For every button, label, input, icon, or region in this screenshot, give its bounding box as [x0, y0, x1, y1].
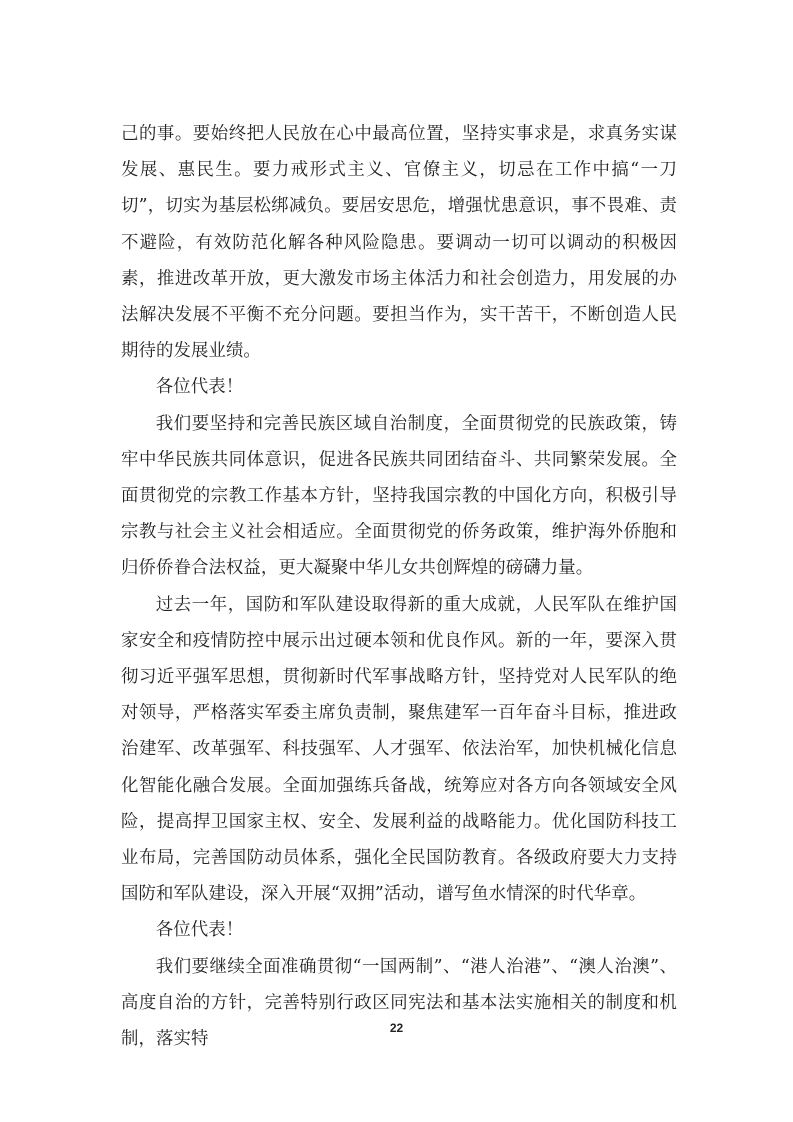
paragraph-salutation: 各位代表！: [121, 369, 677, 405]
paragraph-continuation: 己的事。要始终把人民放在心中最高位置，坚持实事求是，求真务实谋发展、惠民生。要力…: [121, 116, 677, 369]
paragraph-salutation: 各位代表！: [121, 912, 677, 948]
document-page: 己的事。要始终把人民放在心中最高位置，坚持实事求是，求真务实谋发展、惠民生。要力…: [0, 0, 793, 1122]
paragraph-ethnic-religious-policy: 我们要坚持和完善民族区域自治制度，全面贯彻党的民族政策，铸牢中华民族共同体意识，…: [121, 406, 677, 587]
paragraph-one-country-two-systems: 我们要继续全面准确贯彻“一国两制”、“港人治港”、“澳人治澳”、高度自治的方针，…: [121, 949, 677, 1058]
page-number: 22: [0, 1021, 793, 1035]
paragraph-national-defense: 过去一年，国防和军队建设取得新的重大成就，人民军队在维护国家安全和疫情防控中展示…: [121, 587, 677, 913]
document-body: 己的事。要始终把人民放在心中最高位置，坚持实事求是，求真务实谋发展、惠民生。要力…: [121, 116, 677, 1057]
